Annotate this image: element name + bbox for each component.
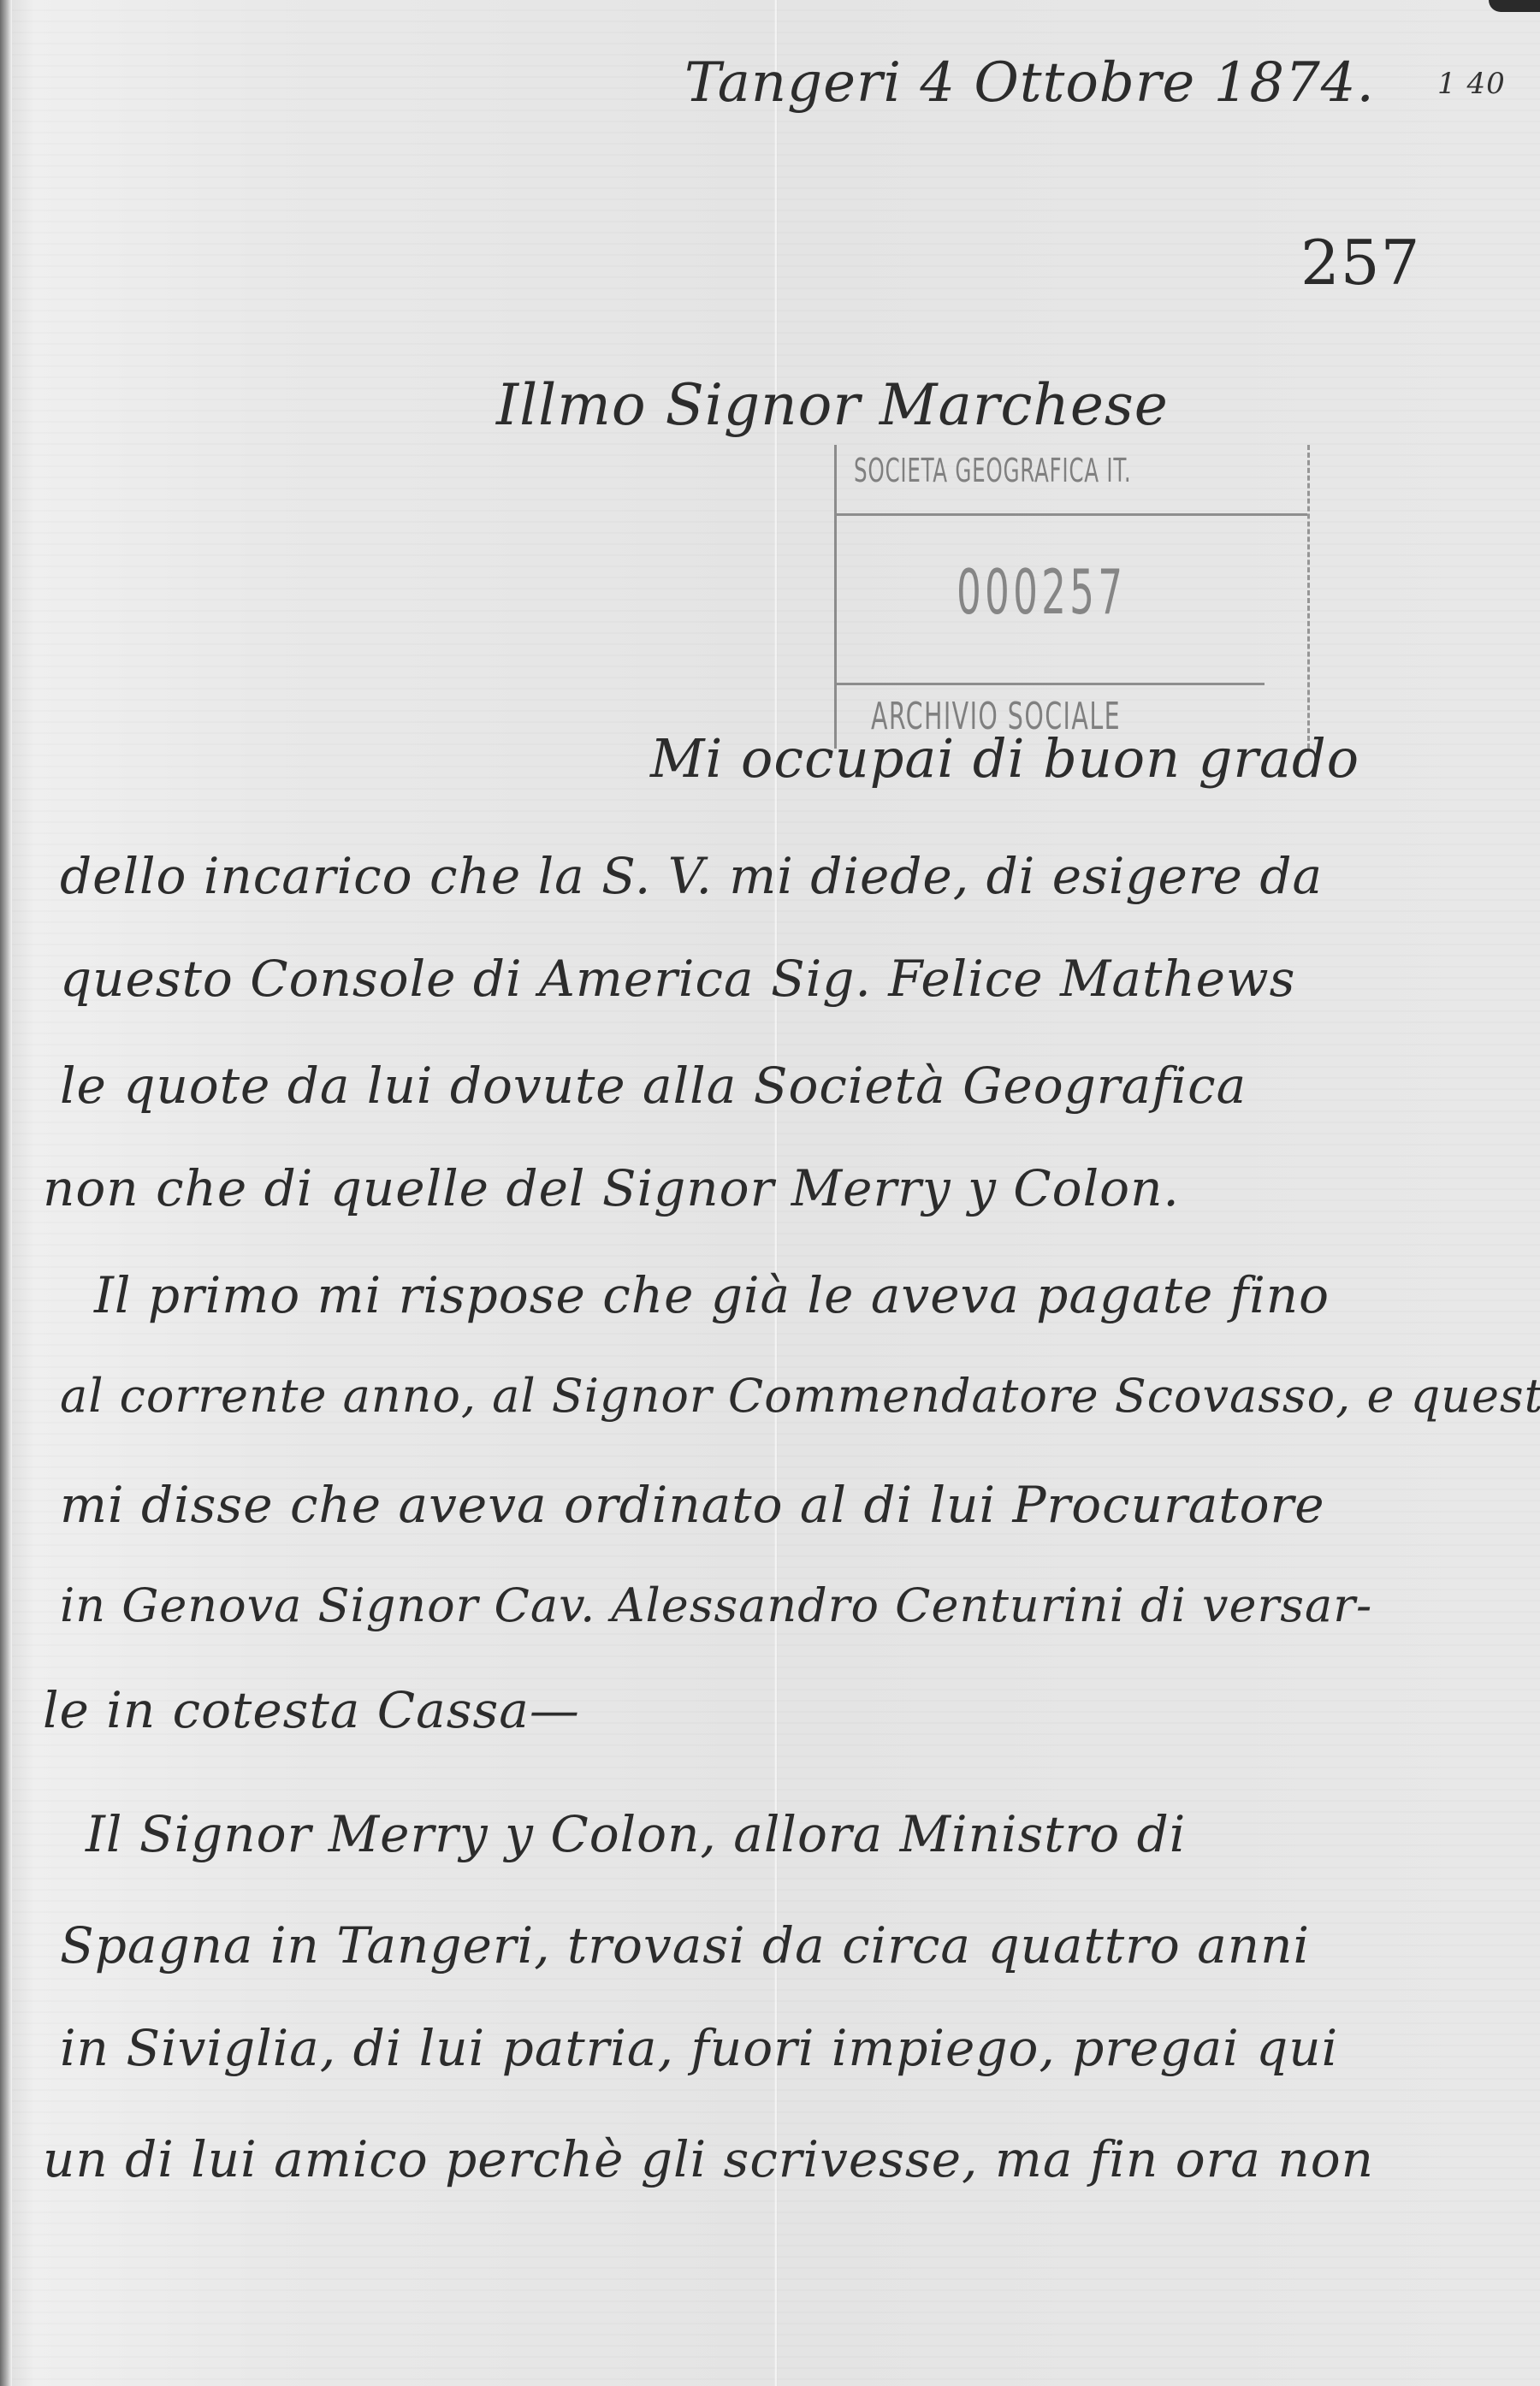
body-line: un di lui amico perchè gli scrivesse, ma… [43, 2130, 1374, 2188]
body-line: Il primo mi rispose che già le aveva pag… [94, 1266, 1330, 1324]
body-line: in Siviglia, di lui patria, fuori impieg… [60, 2019, 1338, 2077]
stamp-divider [837, 513, 1307, 516]
body-line: in Genova Signor Cav. Alessandro Centuri… [60, 1578, 1372, 1632]
body-line: le quote da lui dovute alla Società Geog… [60, 1057, 1247, 1115]
archive-number-handwritten: 257 [1300, 227, 1420, 299]
body-line: mi disse che aveva ordinato al di lui Pr… [60, 1476, 1325, 1534]
body-line: Mi occupai di buon grado [650, 727, 1359, 790]
folio-mark: 1 40 [1437, 67, 1506, 101]
letter-page: Tangeri 4 Ottobre 1874. 1 40 257 Illmo S… [0, 0, 1540, 2386]
salutation: Illmo Signor Marchese [496, 372, 1169, 438]
body-line: questo Console di America Sig. Felice Ma… [60, 950, 1295, 1008]
body-line: Spagna in Tangeri, trovasi da circa quat… [60, 1916, 1310, 1975]
body-line: non che di quelle del Signor Merry y Col… [43, 1159, 1180, 1217]
page-corner-shadow [1489, 0, 1540, 12]
body-line: Il Signor Merry y Colon, allora Ministro… [86, 1805, 1186, 1863]
stamp-divider [837, 683, 1265, 685]
place-date: Tangeri 4 Ottobre 1874. [684, 51, 1375, 115]
archive-stamp: SOCIETA GEOGRAFICA IT. 000257 ARCHIVIO S… [834, 445, 1310, 749]
page-left-edge-shadow [0, 0, 12, 2386]
body-line: al corrente anno, al Signor Commendatore… [60, 1369, 1540, 1423]
stamp-society-name: SOCIETA GEOGRAFICA IT. [854, 452, 1131, 489]
stamp-archive-number: 000257 [957, 556, 1126, 628]
body-line: dello incarico che la S. V. mi diede, di… [60, 847, 1323, 905]
body-line: le in cotesta Cassa— [43, 1681, 580, 1739]
